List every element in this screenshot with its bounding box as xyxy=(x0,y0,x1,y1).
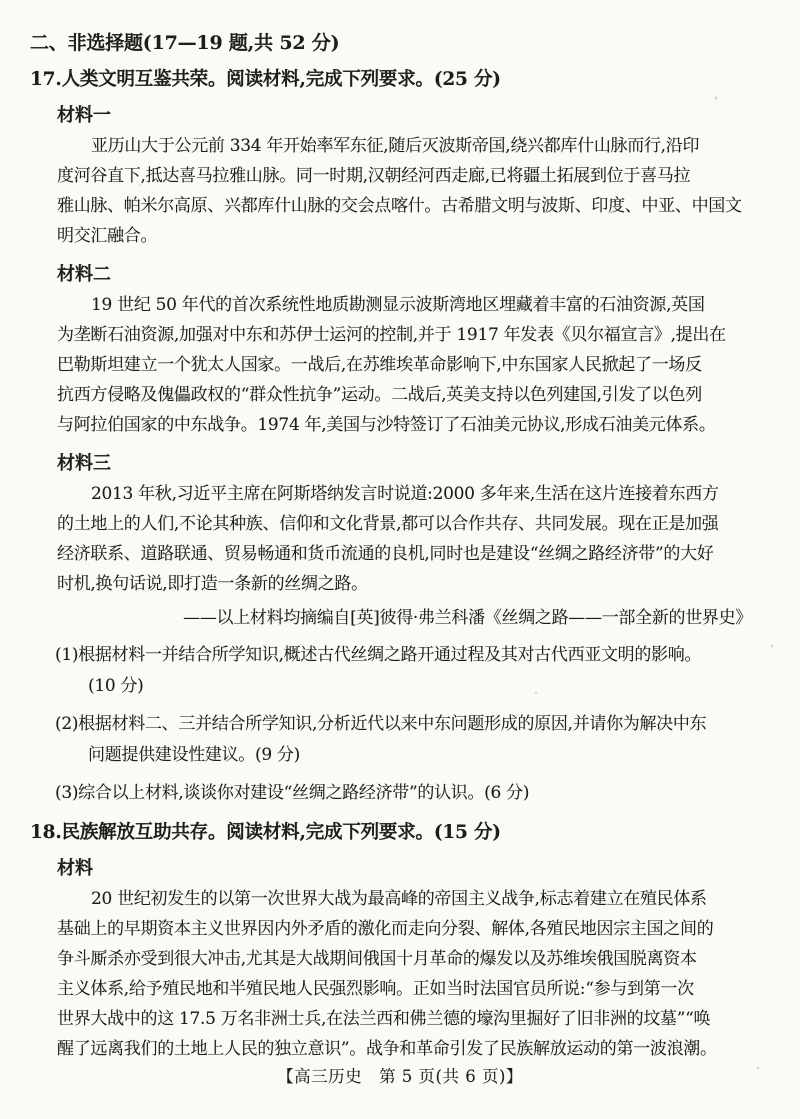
q18-stem: 18.民族解放互助共存。阅读材料,完成下列要求。(15 分) xyxy=(30,818,750,848)
section-heading: 二、非选择题(17—19 题,共 52 分) xyxy=(30,28,750,58)
q17-material1-label: 材料一 xyxy=(57,101,750,131)
q17-stem: 17.人类文明互鉴共荣。阅读材料,完成下列要求。(25 分) xyxy=(30,65,750,95)
q17-subquestion-2: (2)根据材料二、三并结合所学知识,分析近代以来中东问题形成的原因,并请你为解决… xyxy=(30,709,778,771)
question-17: 17.人类文明互鉴共荣。阅读材料,完成下列要求。(25 分) 材料一 亚历山大于… xyxy=(30,65,750,809)
exam-page: 二、非选择题(17—19 题,共 52 分) 17.人类文明互鉴共荣。阅读材料,… xyxy=(0,0,800,1119)
q17-material3-text: 2013 年秋,习近平主席在阿斯塔纳发言时说道:2000 多年来,生活在这片连接… xyxy=(57,479,752,599)
q17-subquestion-3: (3)综合以上材料,谈谈你对建设“丝绸之路经济带”的认识。(6 分) xyxy=(30,778,778,809)
q17-material3-label: 材料三 xyxy=(57,449,750,479)
q17-material2-text: 19 世纪 50 年代的首次系统性地质勘测显示波斯湾地区埋藏着丰富的石油资源,英… xyxy=(57,290,752,440)
q18-material-text: 20 世纪初发生的以第一次世界大战为最高峰的帝国主义战争,标志着建立在殖民体系 … xyxy=(57,884,752,1064)
q17-material1-text: 亚历山大于公元前 334 年开始率军东征,随后灭波斯帝国,绕兴都库什山脉而行,沿… xyxy=(57,131,752,251)
q17-source-attribution: ——以上材料均摘编自[英]彼得·弗兰科潘《丝绸之路——一部全新的世界史》 xyxy=(57,603,752,633)
q18-material-label: 材料 xyxy=(57,854,750,884)
q17-subquestion-1: (1)根据材料一并结合所学知识,概述古代丝绸之路开通过程及其对古代西亚文明的影响… xyxy=(30,640,778,702)
question-18: 18.民族解放互助共存。阅读材料,完成下列要求。(15 分) 材料 20 世纪初… xyxy=(30,818,750,1064)
q17-material2-label: 材料二 xyxy=(57,260,750,290)
page-footer: 【高三历史 第 5 页(共 6 页)】 xyxy=(0,1065,800,1089)
